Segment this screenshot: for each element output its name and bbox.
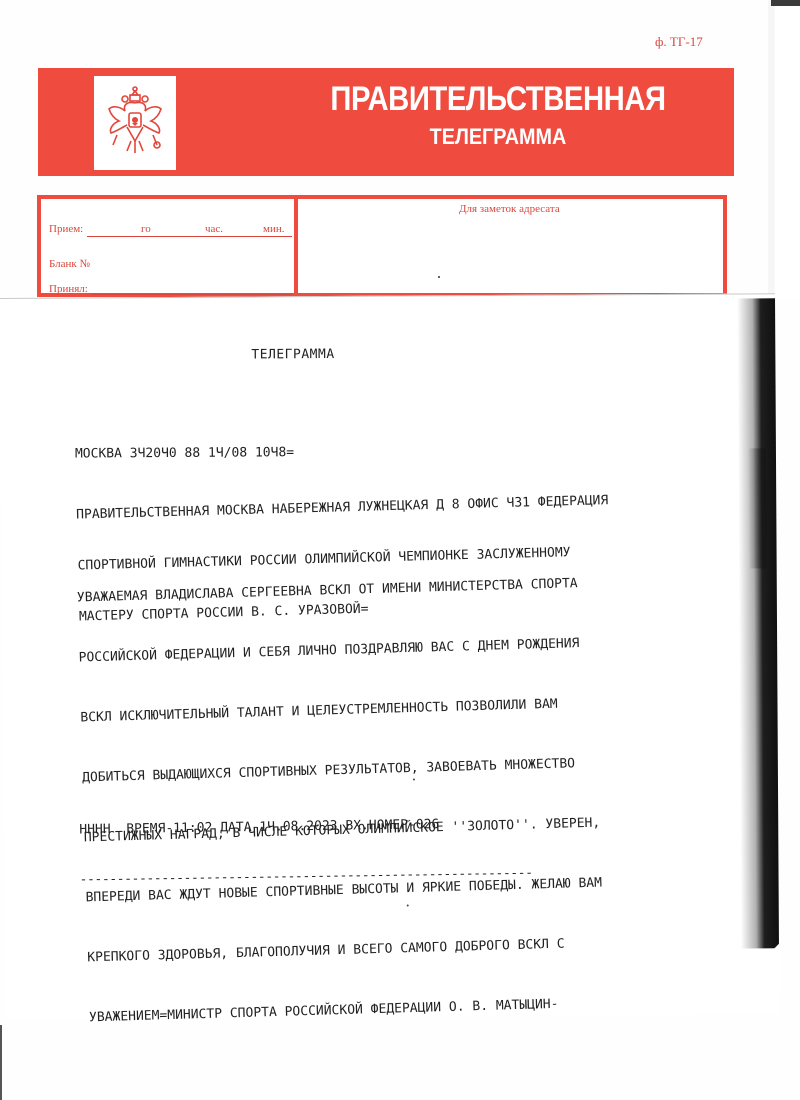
body-line: УВАЖЕНИЕМ=МИНИСТР СПОРТА РОССИЙСКОЙ ФЕДЕ… bbox=[89, 993, 606, 1028]
form-divider bbox=[294, 199, 298, 293]
body-line: РОССИЙСКОЙ ФЕДЕРАЦИИ И СЕБЯ ЛИЧНО ПОЗДРА… bbox=[78, 634, 595, 669]
scanner-shadow bbox=[771, 0, 800, 6]
blank-number-label: Бланк № bbox=[49, 258, 90, 270]
minute-suffix-label: мин. bbox=[263, 223, 284, 235]
scan-speck bbox=[407, 905, 409, 907]
received-line bbox=[87, 236, 292, 237]
scanned-document: ф. ТГ-17 bbox=[0, 0, 800, 1100]
form-subtitle: ТЕЛЕГРАММА bbox=[291, 124, 705, 150]
body-line: ВСКЛ ИСКЛЮЧИТЕЛЬНЫЙ ТАЛАНТ И ЦЕЛЕУСТРЕМЛ… bbox=[80, 694, 597, 729]
telegram-route-line: МОСКВА 3Ч20Ч0 88 1Ч/08 10Ч8= bbox=[75, 445, 294, 461]
body-line: КРЕПКОГО ЗДОРОВЬЯ, БЛАГОПОЛУЧИЯ И ВСЕГО … bbox=[87, 934, 604, 969]
emblem-frame bbox=[94, 76, 176, 170]
received-label: Прием: bbox=[49, 223, 83, 235]
address-line: ПРАВИТЕЛЬСТВЕННАЯ МОСКВА НАБЕРЕЖНАЯ ЛУЖН… bbox=[76, 492, 608, 523]
body-line: ДОБИТЬСЯ ВЫДАЮЩИХСЯ СПОРТИВНЫХ РЕЗУЛЬТАТ… bbox=[82, 754, 599, 789]
telegram-body: УВАЖАЕМАЯ ВЛАДИСЛАВА СЕРГЕЕВНА ВСКЛ ОТ И… bbox=[76, 534, 607, 1069]
notes-label: Для заметок адресата bbox=[459, 203, 560, 215]
form-header-band: ПРАВИТЕЛЬСТВЕННАЯ ТЕЛЕГРАММА bbox=[38, 68, 734, 176]
form-fields-box: Прием: го час. мин. Бланк № Принял: Для … bbox=[37, 195, 727, 297]
accepted-line bbox=[91, 294, 292, 295]
scanner-shadow-strip bbox=[737, 298, 779, 948]
russian-coat-of-arms-icon bbox=[103, 85, 167, 161]
accepted-label: Принял: bbox=[49, 283, 88, 295]
form-title: ПРАВИТЕЛЬСТВЕННАЯ bbox=[300, 80, 696, 119]
day-suffix-label: го bbox=[141, 223, 151, 235]
telegram-sheet: ТЕЛЕГРАММА МОСКВА 3Ч20Ч0 88 1Ч/08 10Ч8= … bbox=[0, 293, 779, 1019]
scan-speck bbox=[438, 276, 440, 278]
scan-speck bbox=[413, 778, 415, 780]
scanner-edge-left bbox=[0, 1025, 2, 1100]
form-code: ф. ТГ-17 bbox=[655, 34, 703, 50]
sheet-corner bbox=[737, 934, 781, 994]
hour-suffix-label: час. bbox=[205, 223, 223, 235]
telegram-heading: ТЕЛЕГРАММА bbox=[251, 347, 334, 363]
scanner-edge bbox=[768, 0, 800, 300]
body-line: УВАЖАЕМАЯ ВЛАДИСЛАВА СЕРГЕЕВНА ВСКЛ ОТ И… bbox=[77, 574, 594, 609]
